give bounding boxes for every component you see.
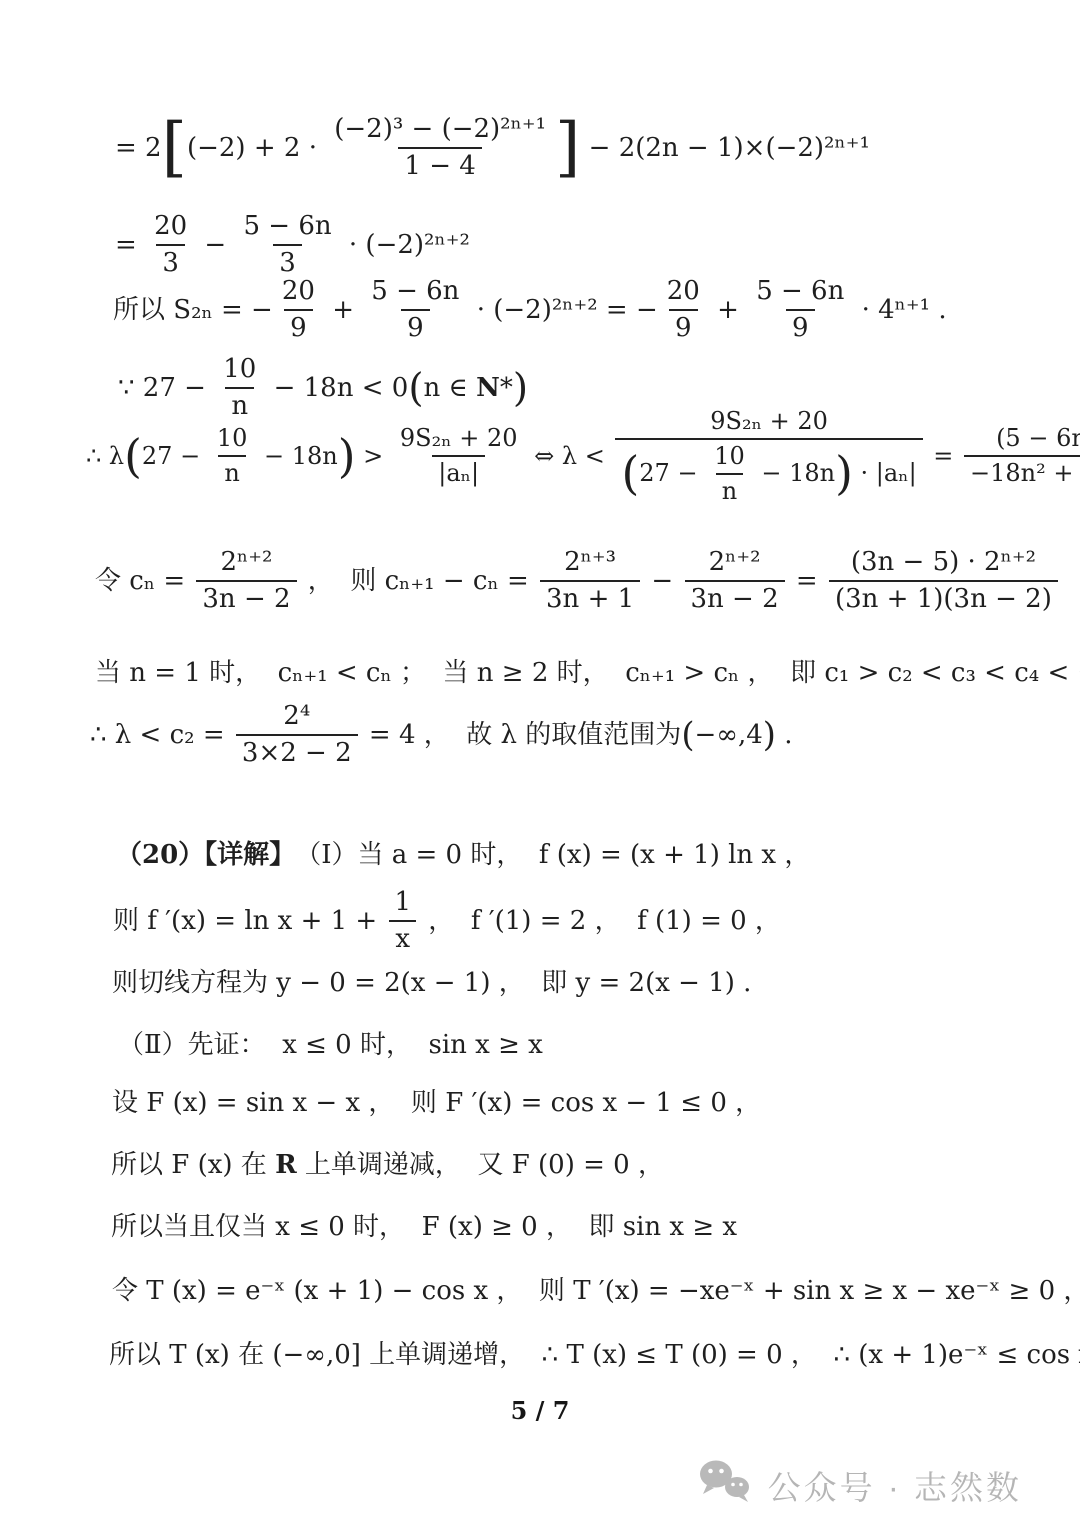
formula-line-5: ∴ λ(27 − 10n − 18n) > 9S₂ₙ + 20|aₙ| ⇔ λ …	[86, 408, 1080, 505]
formula-line-6: 令 cₙ = 2ⁿ⁺²3n − 2 ， 则 cₙ₊₁ − cₙ = 2ⁿ⁺³3n…	[95, 548, 1061, 614]
formula-line-10: 则 f ′(x) = ln x + 1 + 1x ， f ′(1) = 2 ， …	[113, 888, 781, 954]
formula-line-11: 则切线方程为 y − 0 = 2(x − 1) ， 即 y = 2(x − 1)…	[112, 968, 751, 999]
formula-line-9: （20）【详解】（Ⅰ）当 a = 0 时， f (x) = (x + 1) ln…	[116, 840, 810, 871]
formula-line-7: 当 n = 1 时， cₙ₊₁ < cₙ ； 当 n ≥ 2 时， cₙ₊₁ >…	[95, 658, 1080, 689]
formula-line-2: = 203 − 5 − 6n3 · (−2)²ⁿ⁺²	[115, 212, 470, 278]
watermark: 公众号 · 志然数	[696, 1458, 1022, 1512]
formula-line-15: 所以当且仅当 x ≤ 0 时， F (x) ≥ 0 ， 即 sin x ≥ x	[111, 1212, 737, 1243]
formula-line-13: 设 F (x) = sin x − x ， 则 F ′(x) = cos x −…	[112, 1088, 761, 1119]
formula-line-8: ∴ λ < c₂ = 2⁴3×2 − 2 = 4 ， 故 λ 的取值范围为(−∞…	[90, 702, 792, 768]
formula-line-12: （Ⅱ）先证： x ≤ 0 时， sin x ≥ x	[118, 1030, 543, 1061]
watermark-text: 公众号 · 志然数	[768, 1462, 1022, 1509]
formula-line-17: 所以 T (x) 在 (−∞,0] 上单调递增， ∴ T (x) ≤ T (0)…	[109, 1340, 1080, 1371]
page-number: 5 / 7	[0, 1396, 1080, 1425]
formula-line-16: 令 T (x) = e⁻ˣ (x + 1) − cos x ， 则 T ′(x)…	[112, 1276, 1080, 1307]
wechat-icon	[696, 1458, 754, 1512]
formula-line-14: 所以 F (x) 在 R 上单调递减， 又 F (0) = 0 ，	[111, 1150, 664, 1181]
formula-line-3: 所以 S₂ₙ = −209 + 5 − 6n9 · (−2)²ⁿ⁺² = −20…	[113, 277, 947, 343]
formula-line-1: = 2[(−2) + 2 · (−2)³ − (−2)²ⁿ⁺¹1 − 4] − …	[115, 115, 870, 181]
document-page: = 2[(−2) + 2 · (−2)³ − (−2)²ⁿ⁺¹1 − 4] − …	[0, 0, 1080, 1526]
